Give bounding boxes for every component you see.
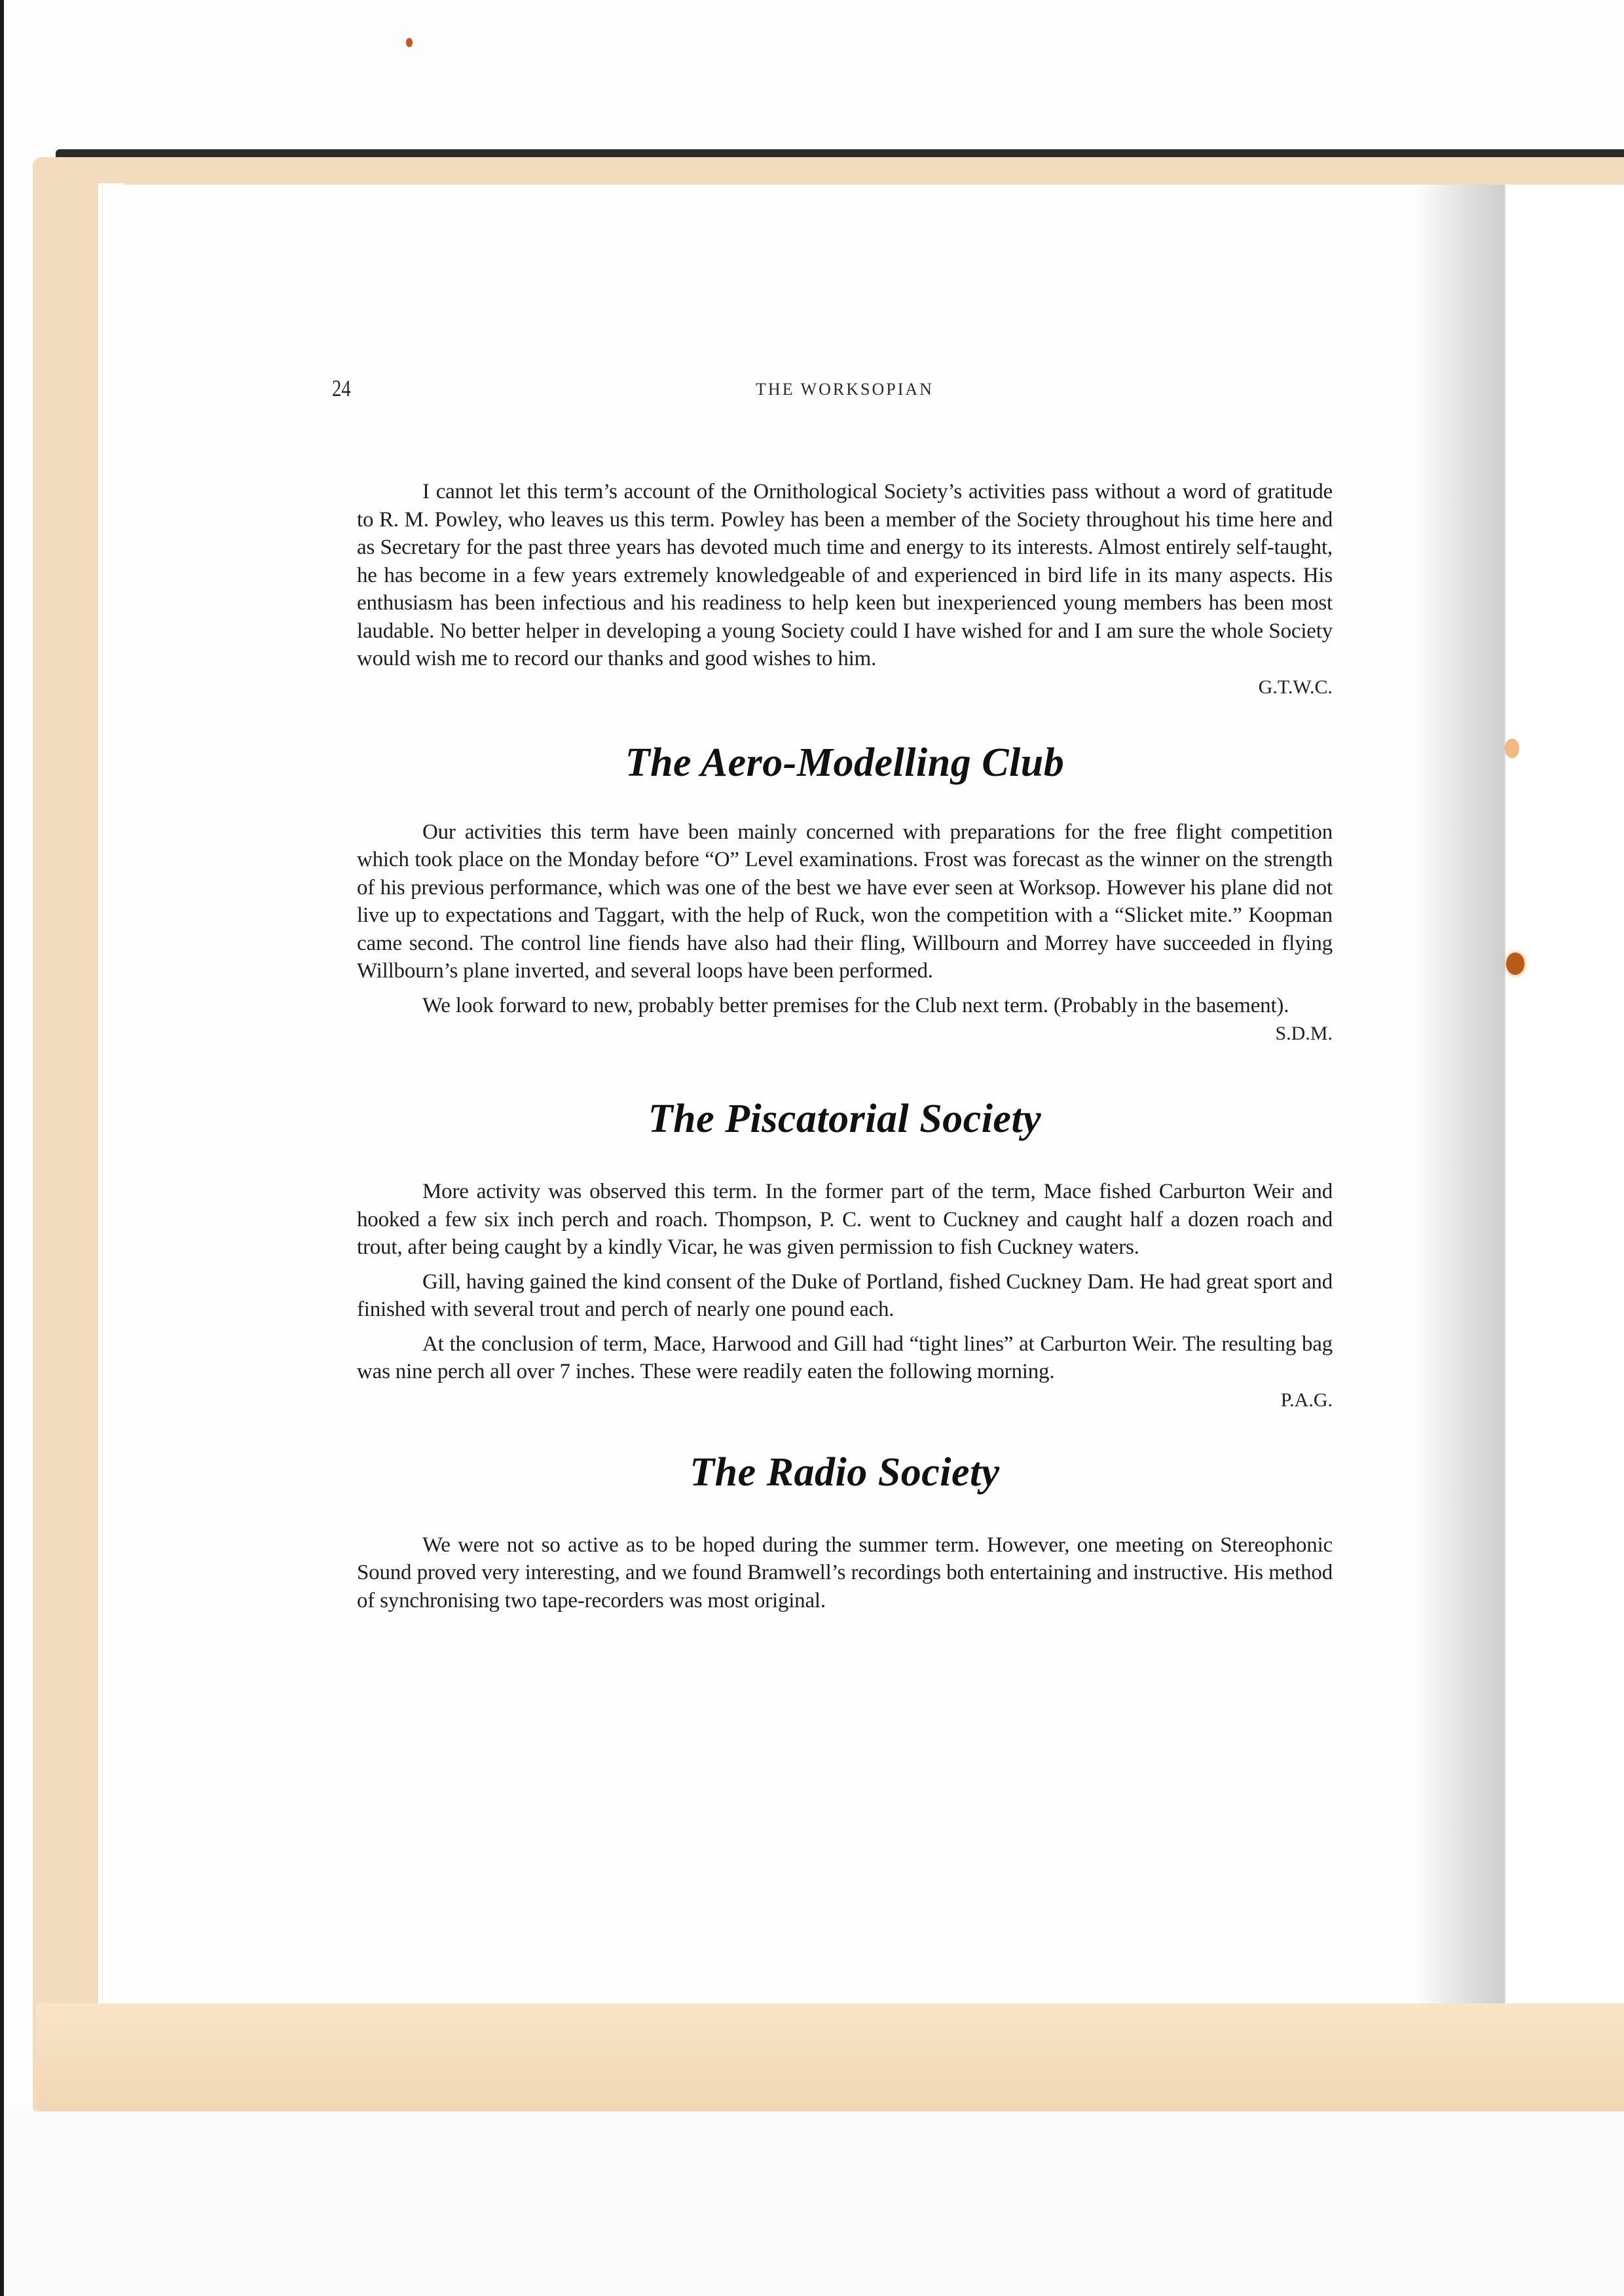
paragraph: Gill, having gained the kind consent of … [357, 1268, 1333, 1324]
section-aero-modelling: The Aero-Modelling Club Our activities t… [357, 737, 1333, 1048]
journal-title: THE WORKSOPIAN [357, 380, 1333, 399]
stain-mark [1506, 953, 1524, 975]
scanner-bed [4, 2111, 1624, 2296]
signature-initials: S.D.M. [357, 1021, 1333, 1047]
section-heading: The Radio Society [357, 1446, 1333, 1499]
section-piscatorial: The Piscatorial Society More activity wa… [357, 1093, 1333, 1413]
signature-initials: P.A.G. [357, 1387, 1333, 1413]
paragraph: We were not so active as to be hoped dur… [357, 1531, 1333, 1615]
section-radio: The Radio Society We were not so active … [357, 1446, 1333, 1615]
document-body: 24 THE WORKSOPIAN I cannot let this term… [357, 367, 1333, 1614]
paragraph: We look forward to new, probably better … [357, 992, 1333, 1020]
paragraph: I cannot let this term’s account of the … [357, 478, 1333, 673]
running-head: 24 THE WORKSOPIAN [357, 367, 1333, 406]
stain-mark [1505, 738, 1519, 758]
section-heading: The Piscatorial Society [357, 1093, 1333, 1145]
scanner-edge [0, 0, 4, 2296]
facing-page-edge [1506, 185, 1624, 2011]
gutter-shadow [1414, 185, 1506, 2011]
signature-initials: G.T.W.C. [357, 674, 1333, 701]
stain-mark [406, 38, 413, 47]
paragraph: Our activities this term have been mainl… [357, 818, 1333, 985]
page-number: 24 [332, 374, 351, 402]
paragraph: At the conclusion of term, Mace, Harwood… [357, 1330, 1333, 1386]
paragraph: More activity was observed this term. In… [357, 1178, 1333, 1262]
section-ornithological: I cannot let this term’s account of the … [357, 478, 1333, 701]
binding-bottom-edge [36, 2003, 1624, 2111]
section-heading: The Aero-Modelling Club [357, 737, 1333, 789]
